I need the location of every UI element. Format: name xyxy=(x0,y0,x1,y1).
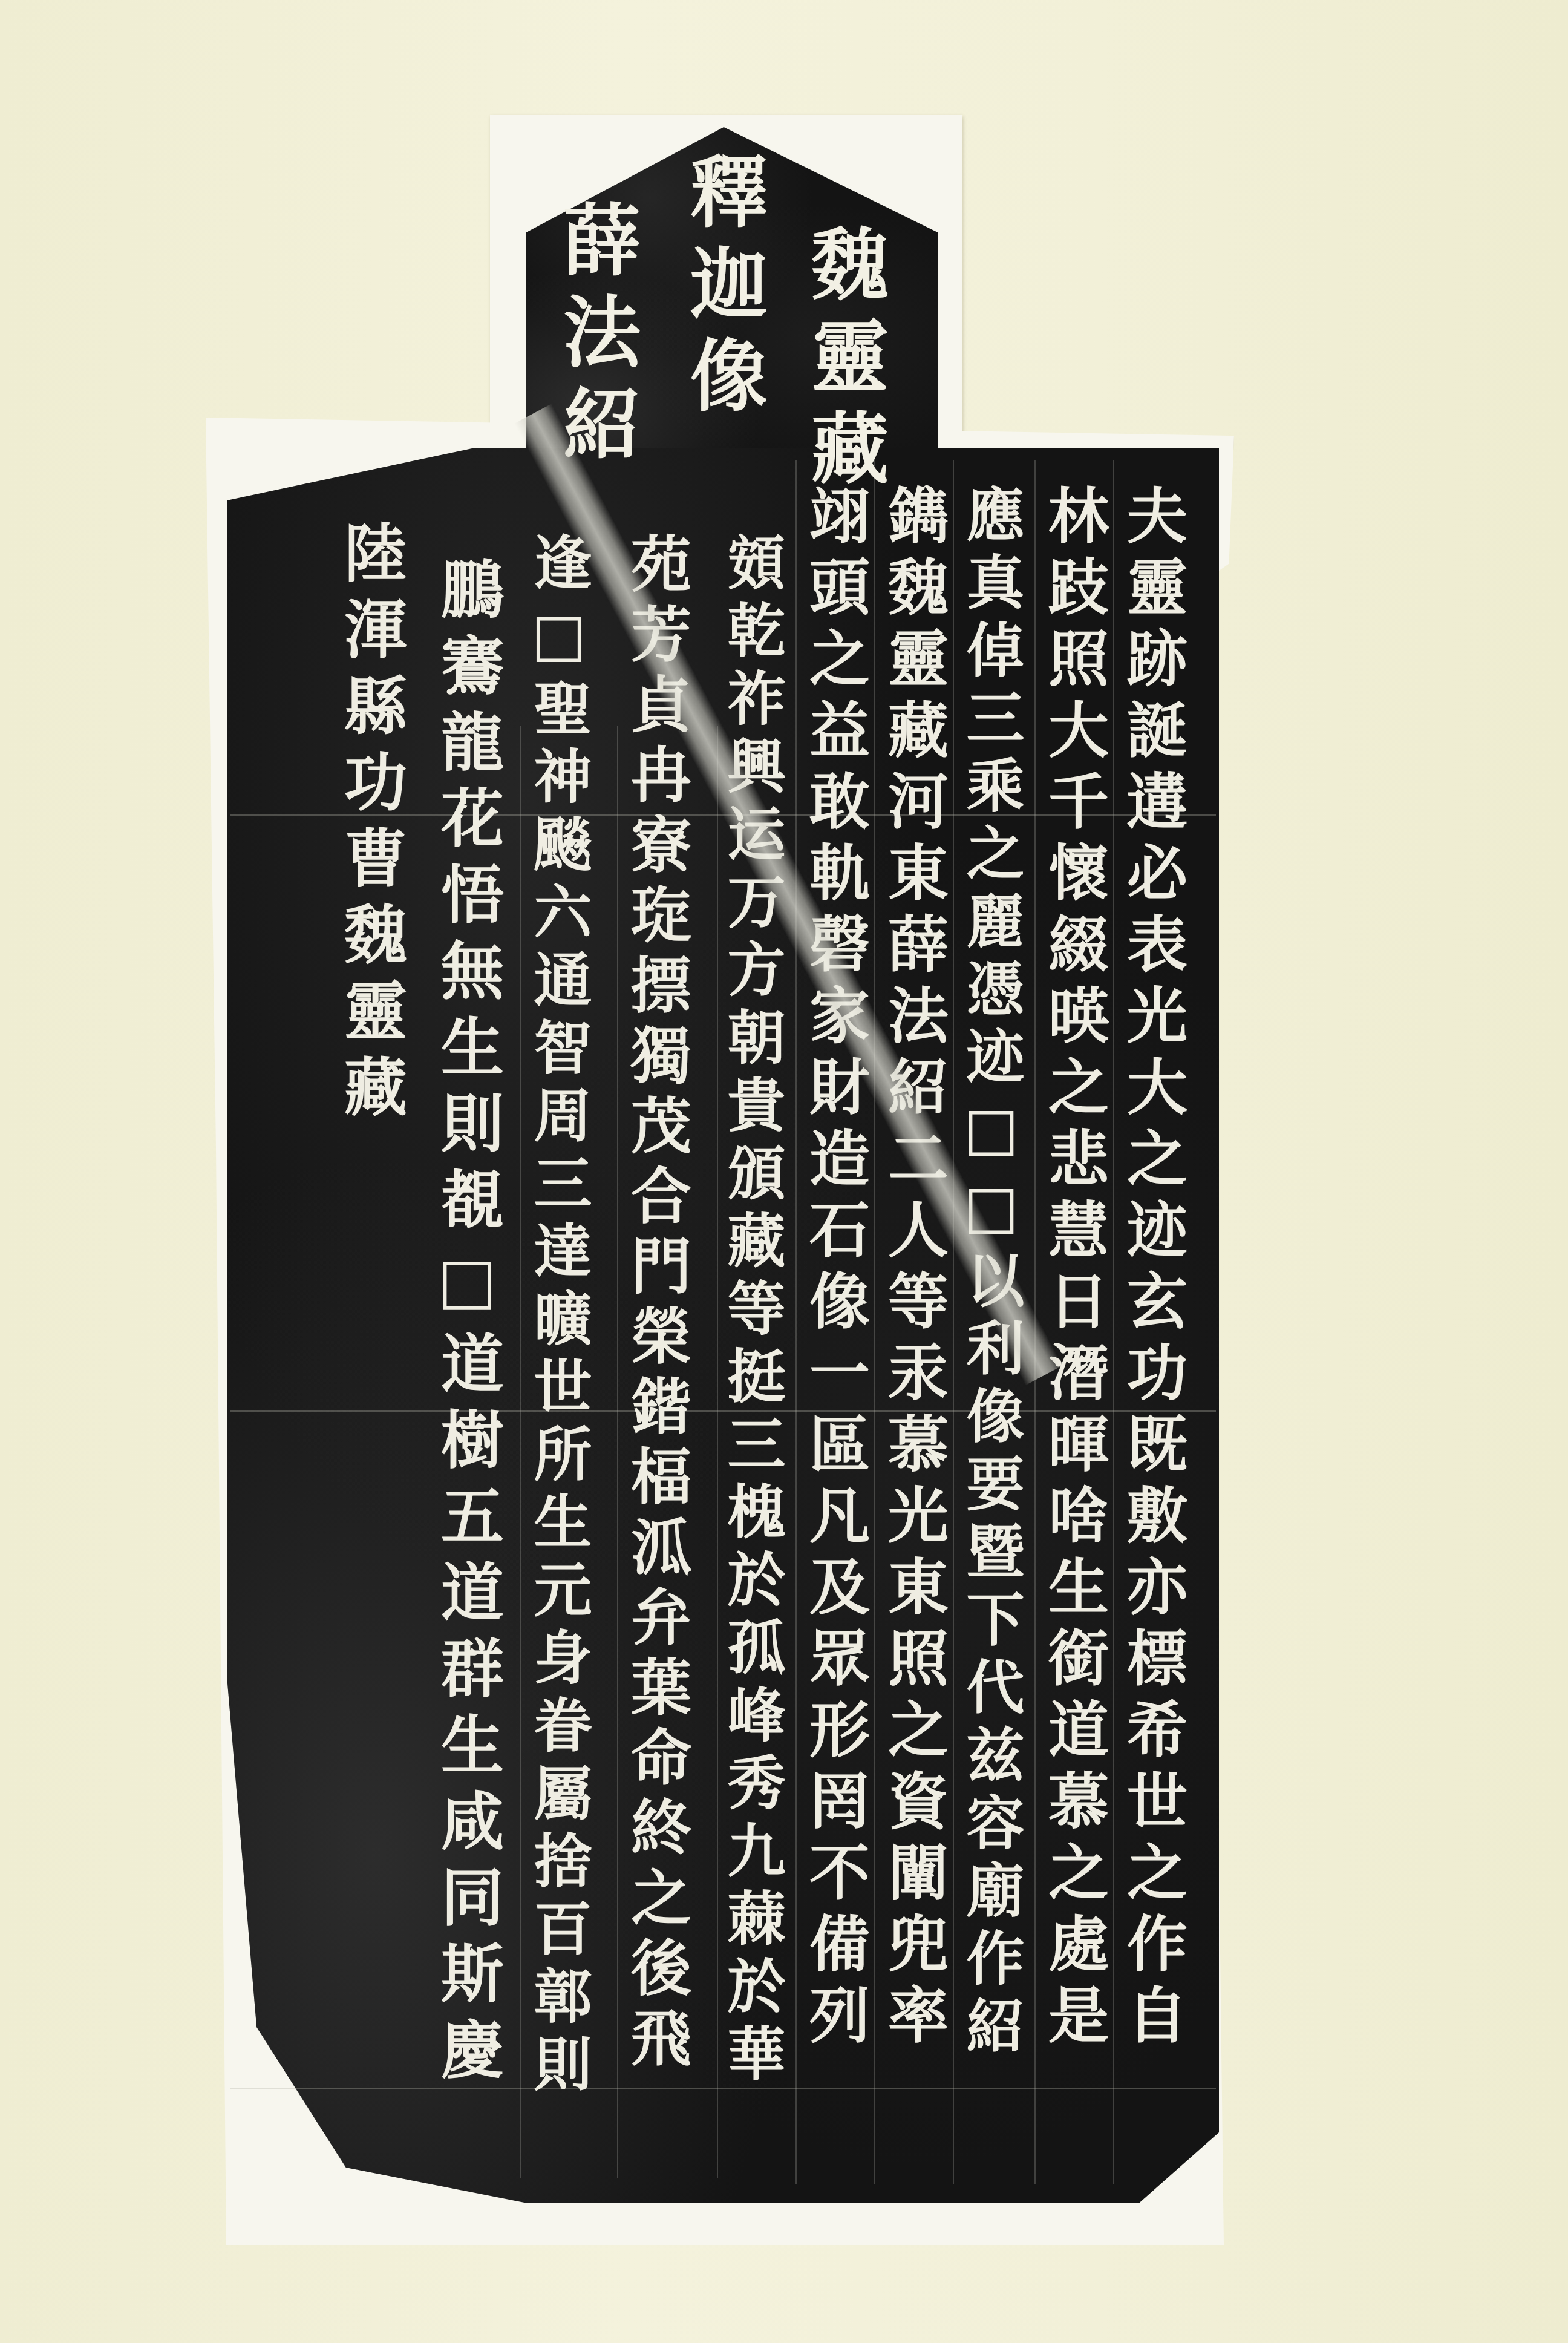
inscription-column-5: 翊頭之益敢軌磬家財造石像一區凡及眾形罔不備列 xyxy=(805,484,865,2055)
head-title-column-3: 薛法紹 xyxy=(557,200,634,476)
column-divider xyxy=(1113,460,1114,2184)
column-divider xyxy=(795,460,797,2184)
inscription-column-8: 逢□聖神飈六通智周三達曠世所生元身眷屬捨百鄣則 xyxy=(529,532,587,2102)
column-divider xyxy=(953,460,954,2184)
inscription-column-1: 夫靈跡誕遘必表光大之迹玄功既敷亦標希世之作自 xyxy=(1122,484,1183,2055)
inscription-column-10: 陸渾縣功曹魏靈藏 xyxy=(339,520,402,1130)
inscription-column-9: 鵬鶱龍花悟無生則覩□道樹五道群生咸同斯慶 xyxy=(436,557,498,2093)
head-title-column-1: 魏靈藏 xyxy=(805,224,882,500)
inscription-column-4: 鐫魏靈藏河東薛法紹二人等汞慕光東照之資闡兜率 xyxy=(883,484,944,2055)
column-divider xyxy=(874,460,875,2184)
column-divider xyxy=(520,726,521,2178)
inscription-column-7: 苑芳貞冉寮琁摽獨茂合門榮鍇楅泒弁葉命終之後飛 xyxy=(626,532,687,2077)
column-divider xyxy=(617,726,618,2178)
head-title-column-2: 釋迦像 xyxy=(684,151,761,427)
inscription-column-2: 林跂照大千懷綴暎之悲慧日潛暉啥生銜道慕之處是 xyxy=(1044,484,1104,2055)
